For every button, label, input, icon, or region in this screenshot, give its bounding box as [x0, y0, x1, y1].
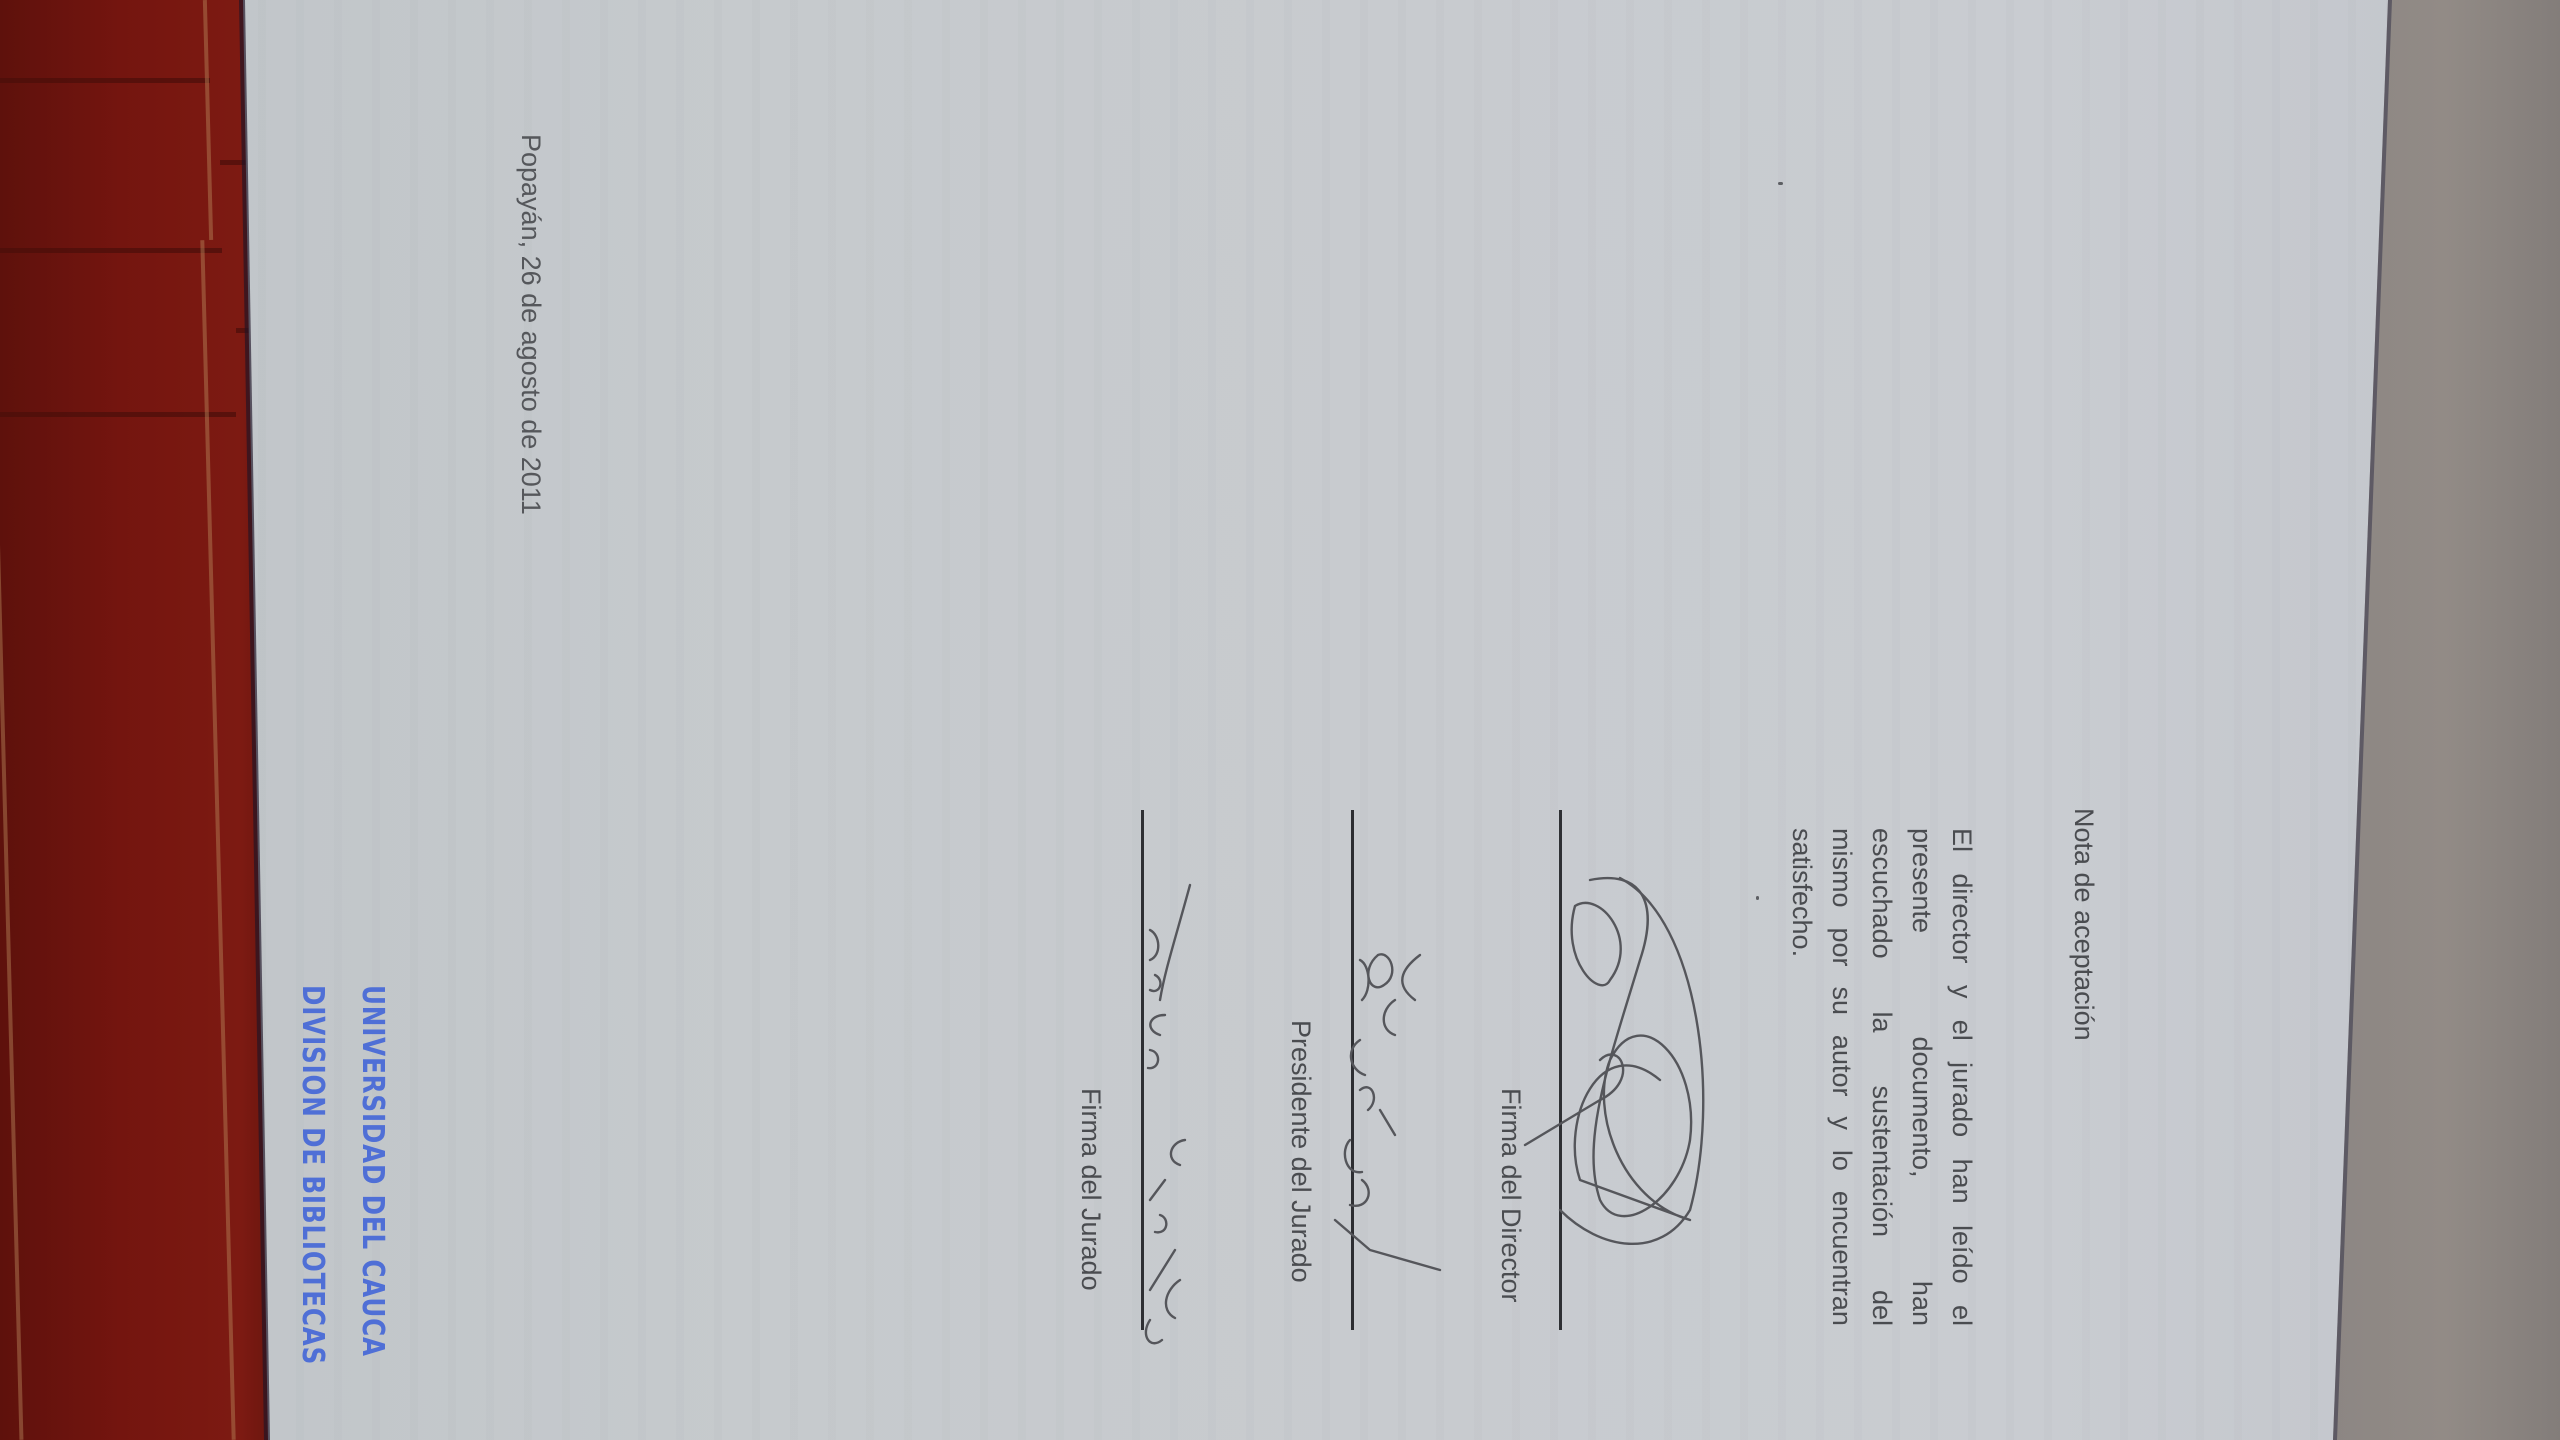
tile-grout	[200, 240, 235, 1440]
paragraph-word: satisfecho.	[1782, 828, 1822, 957]
paragraph-word: sustentación	[1862, 1085, 1902, 1237]
paragraph-word: el	[1942, 1305, 1982, 1326]
paragraph-line: escuchadolasustentacióndel	[1862, 828, 1902, 1326]
paragraph-word: han	[1902, 1281, 1942, 1326]
tile-grout	[0, 412, 236, 417]
paragraph-word: El	[1942, 828, 1982, 852]
paragraph-word: la	[1862, 1012, 1902, 1033]
document-heading: Nota de aceptación	[2064, 808, 2104, 1041]
paragraph-word: jurado	[1942, 1062, 1982, 1137]
tile-grout	[203, 0, 213, 240]
paragraph-word: por	[1822, 927, 1862, 966]
acceptance-paragraph: Eldirectoryeljuradohanleídoelpresentedoc…	[1782, 828, 1982, 1328]
paragraph-word: del	[1862, 1290, 1902, 1326]
director-signature-line	[1559, 810, 1562, 1330]
paragraph-word: presente	[1902, 828, 1942, 933]
paper-speck	[1778, 182, 1783, 185]
paragraph-word: encuentran	[1822, 1191, 1862, 1326]
paragraph-word: y	[1942, 985, 1982, 999]
jurado-signature-line	[1141, 810, 1144, 1330]
paragraph-line: presentedocumento,han	[1902, 828, 1942, 1326]
paragraph-word: su	[1822, 986, 1862, 1015]
tile-grout	[0, 78, 210, 83]
place-and-date: Popayán, 26 de agosto de 2011	[515, 134, 546, 515]
director-signature-label: Firma del Director	[1495, 1088, 1526, 1303]
paragraph-word: director	[1942, 873, 1982, 963]
tile-grout	[0, 248, 222, 253]
paragraph-word: lo	[1822, 1150, 1862, 1171]
paragraph-word: el	[1942, 1020, 1982, 1041]
paragraph-word: autor	[1822, 1035, 1862, 1097]
paragraph-word: escuchado	[1862, 828, 1902, 959]
paragraph-word: documento,	[1902, 1036, 1942, 1177]
paragraph-word: leído	[1942, 1225, 1982, 1284]
paragraph-word: y	[1822, 1116, 1862, 1130]
paragraph-line: mismoporsuautoryloencuentran	[1822, 828, 1862, 1326]
paper-speck	[1756, 896, 1759, 900]
library-stamp-line2: DIVISION DE BIBLIOTECAS	[295, 985, 330, 1365]
paragraph-word: mismo	[1822, 828, 1862, 908]
paragraph-word: han	[1942, 1159, 1982, 1204]
tile-grout	[0, 260, 23, 1440]
jurado-signature-label: Firma del Jurado	[1075, 1088, 1106, 1291]
paragraph-line: Eldirectoryeljuradohanleídoel	[1942, 828, 1982, 1326]
presidente-signature-line	[1351, 810, 1354, 1330]
presidente-signature-label: Presidente del Jurado	[1285, 1020, 1316, 1283]
paragraph-line: satisfecho.	[1782, 828, 1822, 1326]
library-stamp-line1: UNIVERSIDAD DEL CAUCA	[355, 985, 390, 1357]
